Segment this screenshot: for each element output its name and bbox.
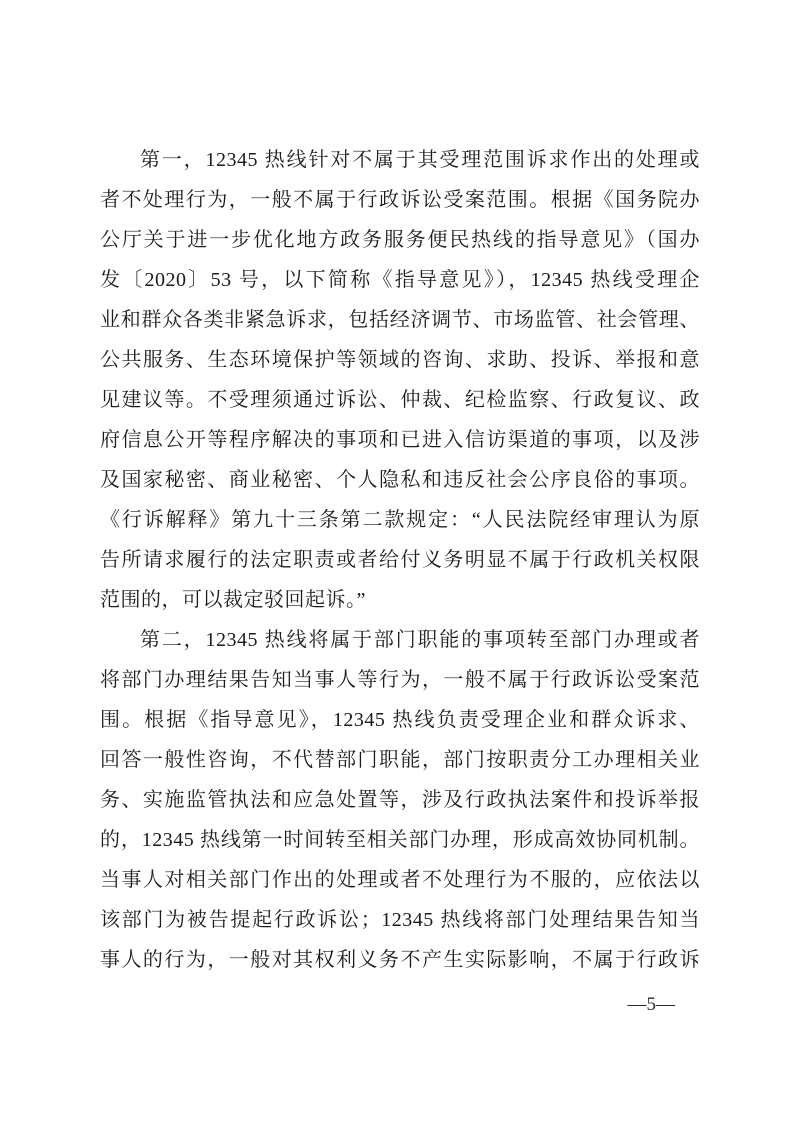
text-line: 围。根据《指导意见》，12345 热线负责受理企业和群众诉求、 bbox=[100, 700, 700, 740]
text-line: 告所请求履行的法定职责或者给付义务明显不属于行政机关权限 bbox=[100, 540, 700, 580]
text-line: 将部门办理结果告知当事人等行为，一般不属于行政诉讼受案范 bbox=[100, 660, 700, 700]
text-line: 及国家秘密、商业秘密、个人隐私和违反社会公序良俗的事项。 bbox=[100, 460, 700, 500]
paragraph-1: 第一，12345 热线针对不属于其受理范围诉求作出的处理或 者不处理行为，一般不… bbox=[100, 140, 700, 620]
text-line: 者不处理行为，一般不属于行政诉讼受案范围。根据《国务院办 bbox=[100, 180, 700, 220]
text-line: 见建议等。不受理须通过诉讼、仲裁、纪检监察、行政复议、政 bbox=[100, 380, 700, 420]
text-line: 范围的，可以裁定驳回起诉。” bbox=[100, 580, 700, 620]
text-line: 事人的行为，一般对其权利义务不产生实际影响，不属于行政诉 bbox=[100, 940, 700, 980]
text-line: 当事人对相关部门作出的处理或者不处理行为不服的，应依法以 bbox=[100, 860, 700, 900]
text-line: 业和群众各类非紧急诉求，包括经济调节、市场监管、社会管理、 bbox=[100, 300, 700, 340]
text-line: 务、实施监管执法和应急处置等，涉及行政执法案件和投诉举报 bbox=[100, 780, 700, 820]
text-line: 第一，12345 热线针对不属于其受理范围诉求作出的处理或 bbox=[100, 140, 700, 180]
text-line: 该部门为被告提起行政诉讼；12345 热线将部门处理结果告知当 bbox=[100, 900, 700, 940]
text-line: 公厅关于进一步优化地方政务服务便民热线的指导意见》（国办 bbox=[100, 220, 700, 260]
body-text: 第一，12345 热线针对不属于其受理范围诉求作出的处理或 者不处理行为，一般不… bbox=[100, 140, 700, 980]
text-line: 公共服务、生态环境保护等领域的咨询、求助、投诉、举报和意 bbox=[100, 340, 700, 380]
text-line: 《行诉解释》第九十三条第二款规定：“人民法院经审理认为原 bbox=[100, 500, 700, 540]
paragraph-2: 第二，12345 热线将属于部门职能的事项转至部门办理或者 将部门办理结果告知当… bbox=[100, 620, 700, 980]
text-line: 发〔2020〕53 号，以下简称《指导意见》），12345 热线受理企 bbox=[100, 260, 700, 300]
text-line: 府信息公开等程序解决的事项和已进入信访渠道的事项，以及涉 bbox=[100, 420, 700, 460]
text-line: 第二，12345 热线将属于部门职能的事项转至部门办理或者 bbox=[100, 620, 700, 660]
document-page: 第一，12345 热线针对不属于其受理范围诉求作出的处理或 者不处理行为，一般不… bbox=[0, 0, 793, 1122]
text-line: 回答一般性咨询，不代替部门职能，部门按职责分工办理相关业 bbox=[100, 740, 700, 780]
text-line: 的，12345 热线第一时间转至相关部门办理，形成高效协同机制。 bbox=[100, 820, 700, 860]
page-number: —5— bbox=[628, 993, 676, 1017]
